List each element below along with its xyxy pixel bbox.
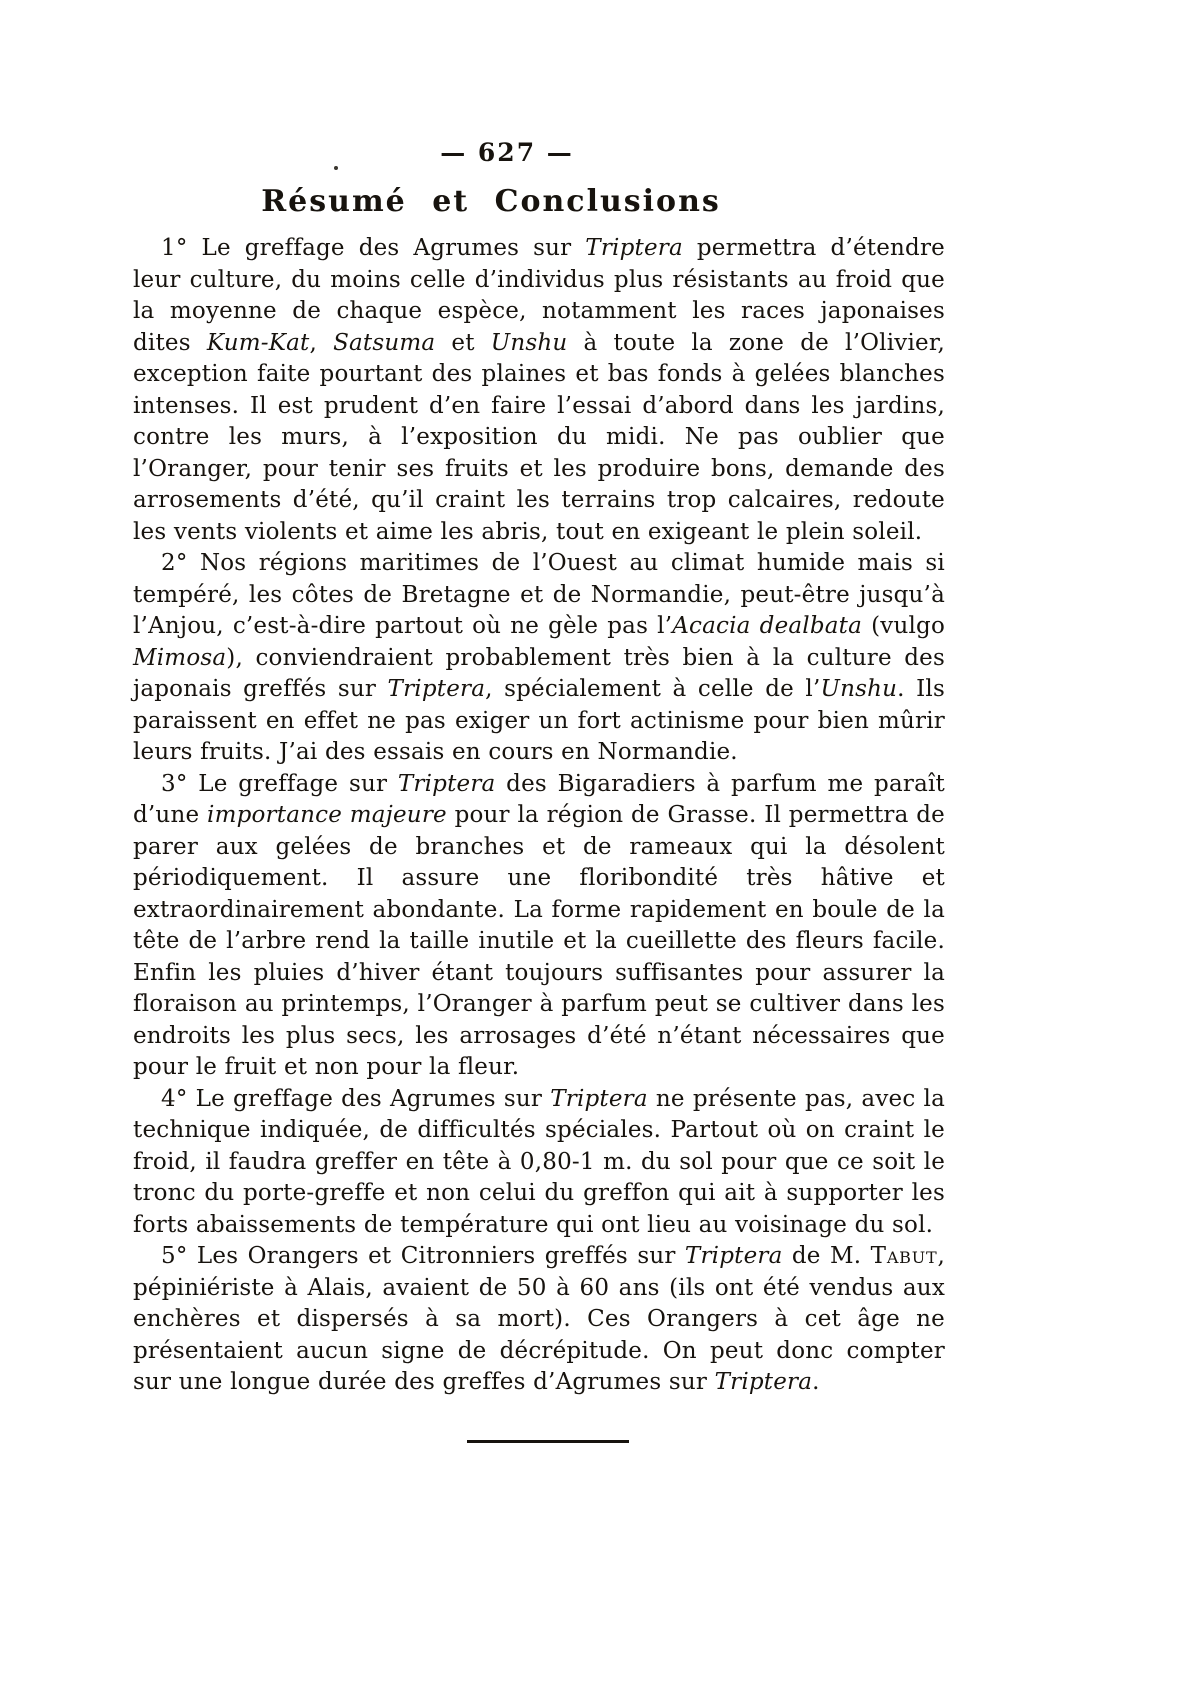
smallcaps-name: Tabut — [871, 1243, 938, 1269]
italic-term: Acacia dealbata — [672, 613, 862, 639]
italic-term: Triptera — [685, 1243, 783, 1269]
body-text: 1° Le greffage des Agrumes sur Triptera … — [133, 233, 945, 1443]
text-run: , spécialement à celle de l’ — [485, 676, 820, 702]
paragraph-conclusion-3: 3° Le greffage sur Triptera des Bigaradi… — [133, 769, 945, 1084]
paragraph-conclusion-5: 5° Les Orangers et Citronniers greffés s… — [133, 1241, 945, 1399]
text-run: 1° Le greffage des Agrumes sur — [161, 235, 585, 261]
text-run: . — [812, 1369, 820, 1395]
text-run: , — [309, 330, 333, 356]
italic-term: Unshu — [491, 330, 568, 356]
italic-term: Triptera — [585, 235, 683, 261]
italic-term: Mimosa — [133, 645, 226, 671]
text-run: 3° Le greffage sur — [161, 771, 398, 797]
text-run: à toute la zone de l’Olivier, exception … — [133, 330, 945, 545]
text-run: 4° Le greffage des Agrumes sur — [161, 1086, 550, 1112]
paragraph-conclusion-4: 4° Le greffage des Agrumes sur Triptera … — [133, 1084, 945, 1242]
paragraph-conclusion-1: 1° Le greffage des Agrumes sur Triptera … — [133, 233, 945, 548]
italic-term: Triptera — [398, 771, 496, 797]
italic-term: Triptera — [388, 676, 486, 702]
text-run: de M. — [783, 1243, 871, 1269]
document-page: — 627 — Résumé et Conclusions 1° Le gref… — [0, 0, 1190, 1684]
scan-speck — [334, 166, 338, 170]
page-title: Résumé et Conclusions — [85, 184, 897, 219]
italic-term: importance majeure — [207, 802, 447, 828]
italic-term: Triptera — [715, 1369, 813, 1395]
text-run: (vulgo — [862, 613, 945, 639]
italic-term: Unshu — [821, 676, 898, 702]
text-run: et — [435, 330, 490, 356]
italic-term: Triptera — [550, 1086, 648, 1112]
paragraph-conclusion-2: 2° Nos régions maritimes de l’Ouest au c… — [133, 548, 945, 769]
italic-term: Kum-Kat — [207, 330, 310, 356]
page-number: — 627 — — [101, 138, 913, 167]
text-run: 5° Les Orangers et Citronniers greffés s… — [161, 1243, 685, 1269]
end-divider-rule — [467, 1440, 629, 1443]
italic-term: Satsuma — [333, 330, 435, 356]
text-run: pour la région de Grasse. Il permettra d… — [133, 802, 945, 1080]
